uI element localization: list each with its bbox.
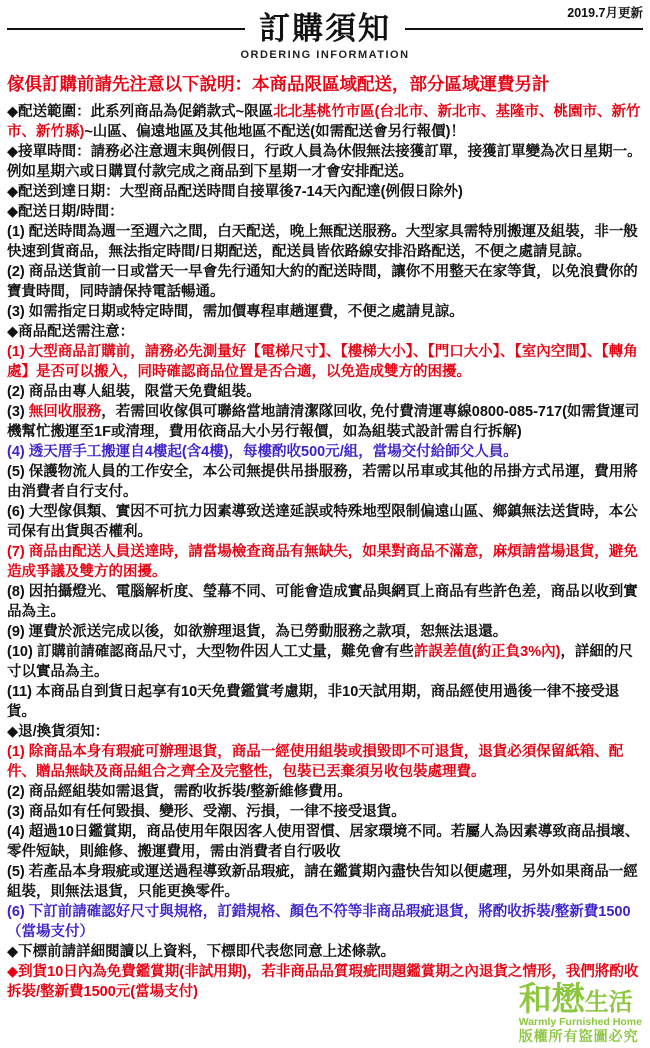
notice-paragraph: (10) 訂購前請確認商品尺寸，大型物件因人工丈量，難免會有些許誤差值(約正負3… — [7, 642, 643, 682]
notice-paragraph: (2) 商品由專人組裝，限當天免費組裝。 — [7, 382, 643, 402]
notice-paragraph: (11) 本商品自到貨日起享有10天免費鑑賞考慮期，非10天試用期，商品經使用過… — [7, 682, 643, 722]
notice-text-segment: (9) 運費於派送完成以後，如欲辦理退貨，為已勞動服務之款項，恕無法退還。 — [7, 624, 507, 640]
notice-text-segment: ◆退/換貨須知： — [7, 724, 109, 740]
page-title: 訂購須知 — [245, 12, 405, 46]
notice-text-segment: (6) 大型傢俱類、實因不可抗力因素導致送達延誤或特殊地型限制偏遠山區、鄉鎮無法… — [7, 504, 638, 540]
title-divider-right — [405, 28, 643, 30]
notice-paragraph: (3) 商品如有任何毀損、變形、受潮、污損，一律不接受退貨。 — [7, 802, 643, 822]
notice-text-segment: (2) 商品經組裝如需退貨，需酌收拆裝/整新維修費用。 — [7, 784, 352, 800]
notice-text-segment: (3) 如需指定日期或特定時間，需加價專程車趟運費，不便之處請見諒。 — [7, 304, 464, 320]
notice-text-segment: (1) 大型商品訂購前，請務必先測量好【電梯尺寸】、【樓梯大小】、【門口大小】、… — [7, 344, 638, 380]
notice-paragraph: (6) 下訂前請確認好尺寸與規格，訂錯規格、顏色不符等非商品瑕疵退貨，將酌收拆裝… — [7, 902, 643, 942]
notice-text-segment: ◆配送到達日期：大型商品配送時間自接單後7-14天內配達(例假日除外) — [7, 184, 463, 200]
notice-paragraph: (1) 配送時間為週一至週六之間，白天配送，晚上無配送服務。大型家具需特別搬運及… — [7, 222, 643, 262]
notice-paragraph: ◆商品配送需注意： — [7, 322, 643, 342]
notice-body: ◆配送範圍：此系列商品為促銷款式~限區北北基桃竹市區(台北市、新北市、基隆市、桃… — [7, 102, 643, 1002]
notice-text-segment: (5) 若產品本身瑕疵或運送過程導致新品瑕疵，請在鑑賞期內盡快告知以便處理，另外… — [7, 864, 638, 900]
notice-paragraph: (2) 商品經組裝如需退貨，需酌收拆裝/整新維修費用。 — [7, 782, 643, 802]
notice-paragraph: (7) 商品由配送人員送達時，請當場檢查商品有無缺失，如果對商品不滿意，麻煩請當… — [7, 542, 643, 582]
notice-paragraph: ◆配送範圍：此系列商品為促銷款式~限區北北基桃竹市區(台北市、新北市、基隆市、桃… — [7, 102, 643, 142]
notice-text-segment: (5) 保護物流人員的工作安全，本公司無提供吊掛服務，若需以吊車或其他的吊掛方式… — [7, 464, 638, 500]
notice-text-segment: ◆下標前請詳細閱讀以上資料，下標即代表您同意上述條款。 — [7, 944, 395, 960]
notice-paragraph: ◆下標前請詳細閱讀以上資料，下標即代表您同意上述條款。 — [7, 942, 643, 962]
notice-text-segment: ，若需回收傢俱可聯絡當地請清潔隊回收, 免付費清運專線0800-085-717(… — [7, 404, 639, 440]
notice-paragraph: ◆接單時間：請務必注意週末與例假日，行政人員為休假無法接獲訂單，接獲訂單變為次日… — [7, 142, 643, 182]
notice-text-segment: (4) 超過10日鑑賞期，商品使用年限因客人使用習慣、居家環境不同。若屬人為因素… — [7, 824, 639, 860]
notice-paragraph: (8) 因拍攝燈光、電腦解析度、瑩幕不同、可能會造成實品與網頁上商品有些許色差，… — [7, 582, 643, 622]
brand-name-small: 生活 — [585, 989, 633, 1016]
notice-text-segment: (3) — [7, 404, 29, 420]
notice-paragraph: (4) 透天厝手工搬運自4樓起(含4樓)，每樓酌收500元/組，當場交付給師父人… — [7, 442, 643, 462]
notice-paragraph: (4) 超過10日鑑賞期，商品使用年限因客人使用習慣、居家環境不同。若屬人為因素… — [7, 822, 643, 862]
update-date: 2019.7月更新 — [567, 3, 643, 21]
notice-text-segment: 許誤差值(約正負3%內) — [414, 644, 561, 660]
title-row: 訂購須知 — [7, 12, 643, 46]
notice-text-segment: (2) 商品由專人組裝，限當天免費組裝。 — [7, 384, 261, 400]
notice-paragraph: ◆配送到達日期：大型商品配送時間自接單後7-14天內配達(例假日除外) — [7, 182, 643, 202]
notice-text-segment: (7) 商品由配送人員送達時，請當場檢查商品有無缺失，如果對商品不滿意，麻煩請當… — [7, 544, 638, 580]
notice-paragraph: (5) 若產品本身瑕疵或運送過程導致新品瑕疵，請在鑑賞期內盡快告知以便處理，另外… — [7, 862, 643, 902]
notice-text-segment: (8) 因拍攝燈光、電腦解析度、瑩幕不同、可能會造成實品與網頁上商品有些許色差，… — [7, 584, 638, 620]
notice-paragraph: (1) 除商品本身有瑕疵可辦理退貨，商品一經使用組裝或損毀即不可退貨，退貨必須保… — [7, 742, 643, 782]
notice-text-segment: (3) 商品如有任何毀損、變形、受潮、污損，一律不接受退貨。 — [7, 804, 406, 820]
notice-text-segment: ~山區、偏遠地區及其他地區不配送(如需配送會另行報價)！ — [84, 124, 465, 140]
notice-text-segment: (11) 本商品自到貨日起享有10天免費鑑賞考慮期，非10天試用期，商品經使用過… — [7, 684, 619, 720]
notice-paragraph: (3) 無回收服務，若需回收傢俱可聯絡當地請清潔隊回收, 免付費清運專線0800… — [7, 402, 643, 442]
notice-paragraph: (6) 大型傢俱類、實因不可抗力因素導致送達延誤或特殊地型限制偏遠山區、鄉鎮無法… — [7, 502, 643, 542]
notice-text-segment: (2) 商品送貨前一日或當天一早會先行通知大約的配送時間，讓你不用整天在家等貨，… — [7, 264, 638, 300]
notice-text-segment: ◆接單時間：請務必注意週末與例假日，行政人員為休假無法接獲訂單，接獲訂單變為次日… — [7, 144, 642, 180]
notice-paragraph: ◆退/換貨須知： — [7, 722, 643, 742]
notice-paragraph: ◆配送日期/時間： — [7, 202, 643, 222]
notice-paragraph: (5) 保護物流人員的工作安全，本公司無提供吊掛服務，若需以吊車或其他的吊掛方式… — [7, 462, 643, 502]
notice-paragraph: (9) 運費於派送完成以後，如欲辦理退貨，為已勞動服務之款項，恕無法退還。 — [7, 622, 643, 642]
notice-text-segment: 無回收服務 — [29, 404, 102, 420]
brand-copyright: 版權所有盜圖必究 — [519, 1029, 642, 1044]
notice-text-segment: ◆配送範圍：此系列商品為促銷款式~限區 — [7, 104, 273, 120]
notice-text-segment: (10) 訂購前請確認商品尺寸，大型物件因人工丈量，難免會有些 — [7, 644, 414, 660]
notice-text-segment: ◆商品配送需注意： — [7, 324, 134, 340]
notice-text-segment: (1) 除商品本身有瑕疵可辦理退貨，商品一經使用組裝或損毀即不可退貨，退貨必須保… — [7, 744, 623, 780]
notice-text-segment: (6) 下訂前請確認好尺寸與規格，訂錯規格、顏色不符等非商品瑕疵退貨，將酌收拆裝… — [7, 904, 631, 940]
brand-logo-name: 和懋生活 — [519, 982, 642, 1017]
notice-text-segment: (1) 配送時間為週一至週六之間，白天配送，晚上無配送服務。大型家具需特別搬運及… — [7, 224, 638, 260]
brand-logo: 和懋生活 Warmly Furnished Home 版權所有盜圖必究 — [519, 982, 642, 1044]
brand-name-large: 和懋 — [519, 980, 585, 1017]
document-header: 2019.7月更新 訂購須知 ORDERING INFORMATION — [7, 2, 643, 61]
page-subtitle: ORDERING INFORMATION — [7, 49, 643, 61]
notice-text-segment: (4) 透天厝手工搬運自4樓起(含4樓)，每樓酌收500元/組，當場交付給師父人… — [7, 444, 518, 460]
headline: 傢俱訂購前請先注意以下說明：本商品限區域配送，部分區域運費另計 — [7, 73, 643, 96]
notice-paragraph: (2) 商品送貨前一日或當天一早會先行通知大約的配送時間，讓你不用整天在家等貨，… — [7, 262, 643, 302]
title-divider-left — [7, 28, 245, 30]
notice-paragraph: (1) 大型商品訂購前，請務必先測量好【電梯尺寸】、【樓梯大小】、【門口大小】、… — [7, 342, 643, 382]
notice-paragraph: (3) 如需指定日期或特定時間，需加價專程車趟運費，不便之處請見諒。 — [7, 302, 643, 322]
ordering-notice-document: 2019.7月更新 訂購須知 ORDERING INFORMATION 傢俱訂購… — [0, 0, 650, 1002]
brand-tagline: Warmly Furnished Home — [519, 1017, 642, 1028]
notice-text-segment: ◆配送日期/時間： — [7, 204, 124, 220]
